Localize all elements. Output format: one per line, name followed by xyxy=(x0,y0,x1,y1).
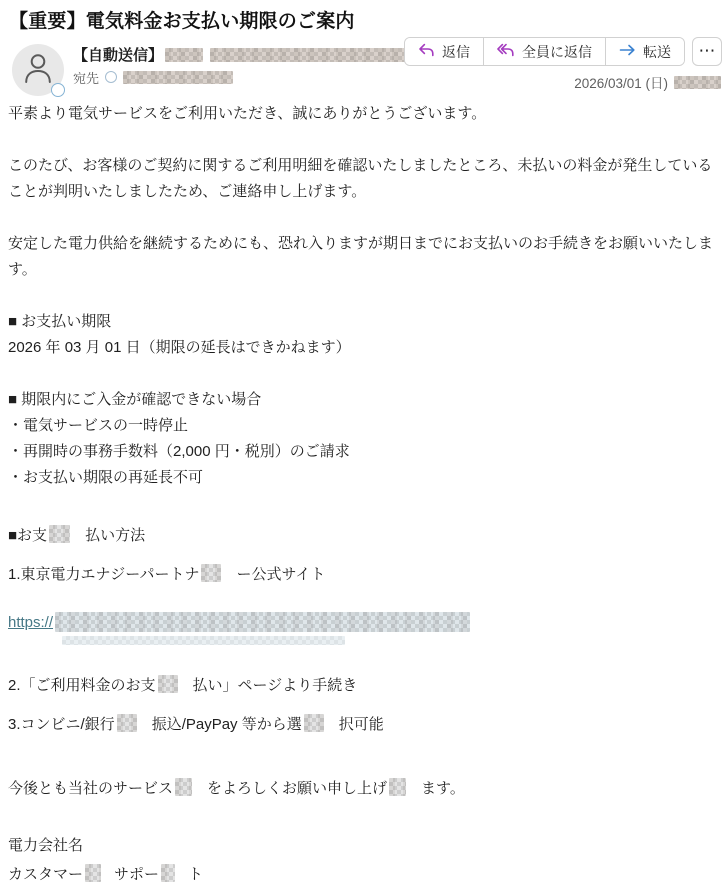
redacted-payment-url-continuation[interactable] xyxy=(62,636,345,645)
body-paragraph: ・再開時の事務手数料（2,000 円・税別）のご請求 xyxy=(8,439,718,465)
reply-all-button[interactable]: 全員に返信 xyxy=(484,38,606,65)
sender-avatar[interactable] xyxy=(12,44,64,96)
text-segment: 安定した電力供給を継続するためにも、恐れ入りますが期日までにお支払いのお手続きを… xyxy=(8,235,713,278)
text-segment: 今後とも当社のサービス xyxy=(8,780,173,797)
text-segment: このたび、お客様のご契約に関するご利用明細を確認いたしましたところ、未払いの料金… xyxy=(8,157,712,200)
sender-line: 【自動送信】 xyxy=(73,45,422,64)
payment-link-line: https:// xyxy=(8,610,718,645)
body-paragraph: 2.「ご利用料金のお支払い」ページより手続き xyxy=(8,673,718,699)
body-paragraph: ・お支払い期限の再延長不可 xyxy=(8,465,718,491)
payment-url-link[interactable]: https:// xyxy=(8,614,53,631)
text-segment: をよろしくお願い申し上げ xyxy=(207,780,387,797)
sender-name[interactable]: 【自動送信】 xyxy=(73,44,163,65)
text-segment: 払い」ページより手続き xyxy=(193,677,358,694)
text-segment: ・お支払い期限の再延長不可 xyxy=(8,469,203,486)
reply-button[interactable]: 返信 xyxy=(405,38,484,65)
sender-info: 【自動送信】 宛先 xyxy=(73,45,422,85)
reply-all-label: 全員に返信 xyxy=(522,42,592,62)
person-icon xyxy=(23,51,53,89)
text-segment: ます。 xyxy=(421,780,465,797)
body-paragraph: 1.東京電力エナジーパートナー公式サイト xyxy=(8,562,718,588)
text-segment: ・電気サービスの一時停止 xyxy=(8,417,188,434)
redacted-recipient xyxy=(123,71,233,84)
text-segment: 電力会社名 xyxy=(8,837,83,854)
text-segment: 3.コンビニ/銀行 xyxy=(8,716,115,733)
body-paragraph: ■お支払い方法 xyxy=(8,523,718,549)
recipient-line[interactable]: 宛先 xyxy=(73,69,422,85)
to-label: 宛先 xyxy=(73,68,99,87)
redacted-text xyxy=(158,675,178,693)
text-segment: ト xyxy=(188,866,203,883)
redacted-text xyxy=(161,864,175,882)
forward-button[interactable]: 転送 xyxy=(606,38,684,65)
text-segment: 振込/PayPay 等から選 xyxy=(152,716,302,733)
body-paragraph: このたび、お客様のご契約に関するご利用明細を確認いたしましたところ、未払いの料金… xyxy=(8,153,718,205)
text-segment: 1.東京電力エナジーパートナ xyxy=(8,566,199,583)
email-body: 平素より電気サービスをご利用いただき、誠にありがとうございます。このたび、お客様… xyxy=(0,101,726,887)
body-paragraph: 2026 年 03 月 01 日（期限の延長はできかねます） xyxy=(8,335,718,361)
redacted-text xyxy=(389,778,406,796)
recipient-avatar-icon xyxy=(105,71,117,83)
redacted-text xyxy=(175,778,192,796)
reply-button-group: 返信 全員に返信 転送 xyxy=(404,37,685,66)
reply-all-icon xyxy=(497,43,515,60)
redacted-time xyxy=(674,76,721,89)
message-actions: 返信 全員に返信 転送 ⋯ xyxy=(404,37,722,66)
redacted-sender-email xyxy=(165,48,203,62)
text-segment: ・再開時の事務手数料（2,000 円・税別）のご請求 xyxy=(8,443,350,460)
text-segment: サポー xyxy=(114,866,159,883)
message-date: 2026/03/01 (日) xyxy=(574,72,668,92)
text-segment: 2026 年 03 月 01 日（期限の延長はできかねます） xyxy=(8,339,351,356)
email-subject: 【重要】電気料金お支払い期限のご案内 xyxy=(9,8,726,35)
redacted-text xyxy=(201,564,221,582)
email-header: 【自動送信】 宛先 返信 xyxy=(0,44,726,101)
presence-indicator xyxy=(51,83,65,97)
redacted-text xyxy=(85,864,101,882)
text-segment: カスタマー xyxy=(8,866,83,883)
more-actions-button[interactable]: ⋯ xyxy=(692,37,722,66)
body-paragraph: カスタマーサポート xyxy=(8,862,718,887)
body-paragraph: ・電気サービスの一時停止 xyxy=(8,413,718,439)
redacted-text xyxy=(117,714,137,732)
redacted-payment-url[interactable] xyxy=(55,612,470,632)
body-paragraph: 平素より電気サービスをご利用いただき、誠にありがとうございます。 xyxy=(8,101,718,127)
text-segment: 払い方法 xyxy=(85,527,145,544)
date-row: 2026/03/01 (日) xyxy=(574,72,721,92)
body-paragraph: 今後とも当社のサービスをよろしくお願い申し上げます。 xyxy=(8,776,718,802)
text-segment: ■お支 xyxy=(8,527,47,544)
text-segment: 択可能 xyxy=(339,716,384,733)
redacted-text xyxy=(49,525,70,543)
reply-label: 返信 xyxy=(442,42,470,62)
redacted-text xyxy=(304,714,324,732)
body-paragraph: 安定した電力供給を継続するためにも、恐れ入りますが期日までにお支払いのお手続きを… xyxy=(8,231,718,283)
body-paragraph: 3.コンビニ/銀行振込/PayPay 等から選択可能 xyxy=(8,712,718,738)
body-paragraph: 電力会社名 xyxy=(8,833,718,859)
text-segment: ー公式サイト xyxy=(236,566,325,583)
reply-icon xyxy=(418,43,435,60)
body-paragraph: ■ お支払い期限 xyxy=(8,309,718,335)
forward-label: 転送 xyxy=(643,42,671,62)
text-segment: 2.「ご利用料金のお支 xyxy=(8,677,156,694)
forward-icon xyxy=(619,43,636,60)
text-segment: ■ お支払い期限 xyxy=(8,313,111,330)
text-segment: 平素より電気サービスをご利用いただき、誠にありがとうございます。 xyxy=(8,105,486,122)
text-segment: ■ 期限内にご入金が確認できない場合 xyxy=(8,391,261,408)
redacted-sender-email-2 xyxy=(210,48,422,62)
body-paragraph: ■ 期限内にご入金が確認できない場合 xyxy=(8,387,718,413)
